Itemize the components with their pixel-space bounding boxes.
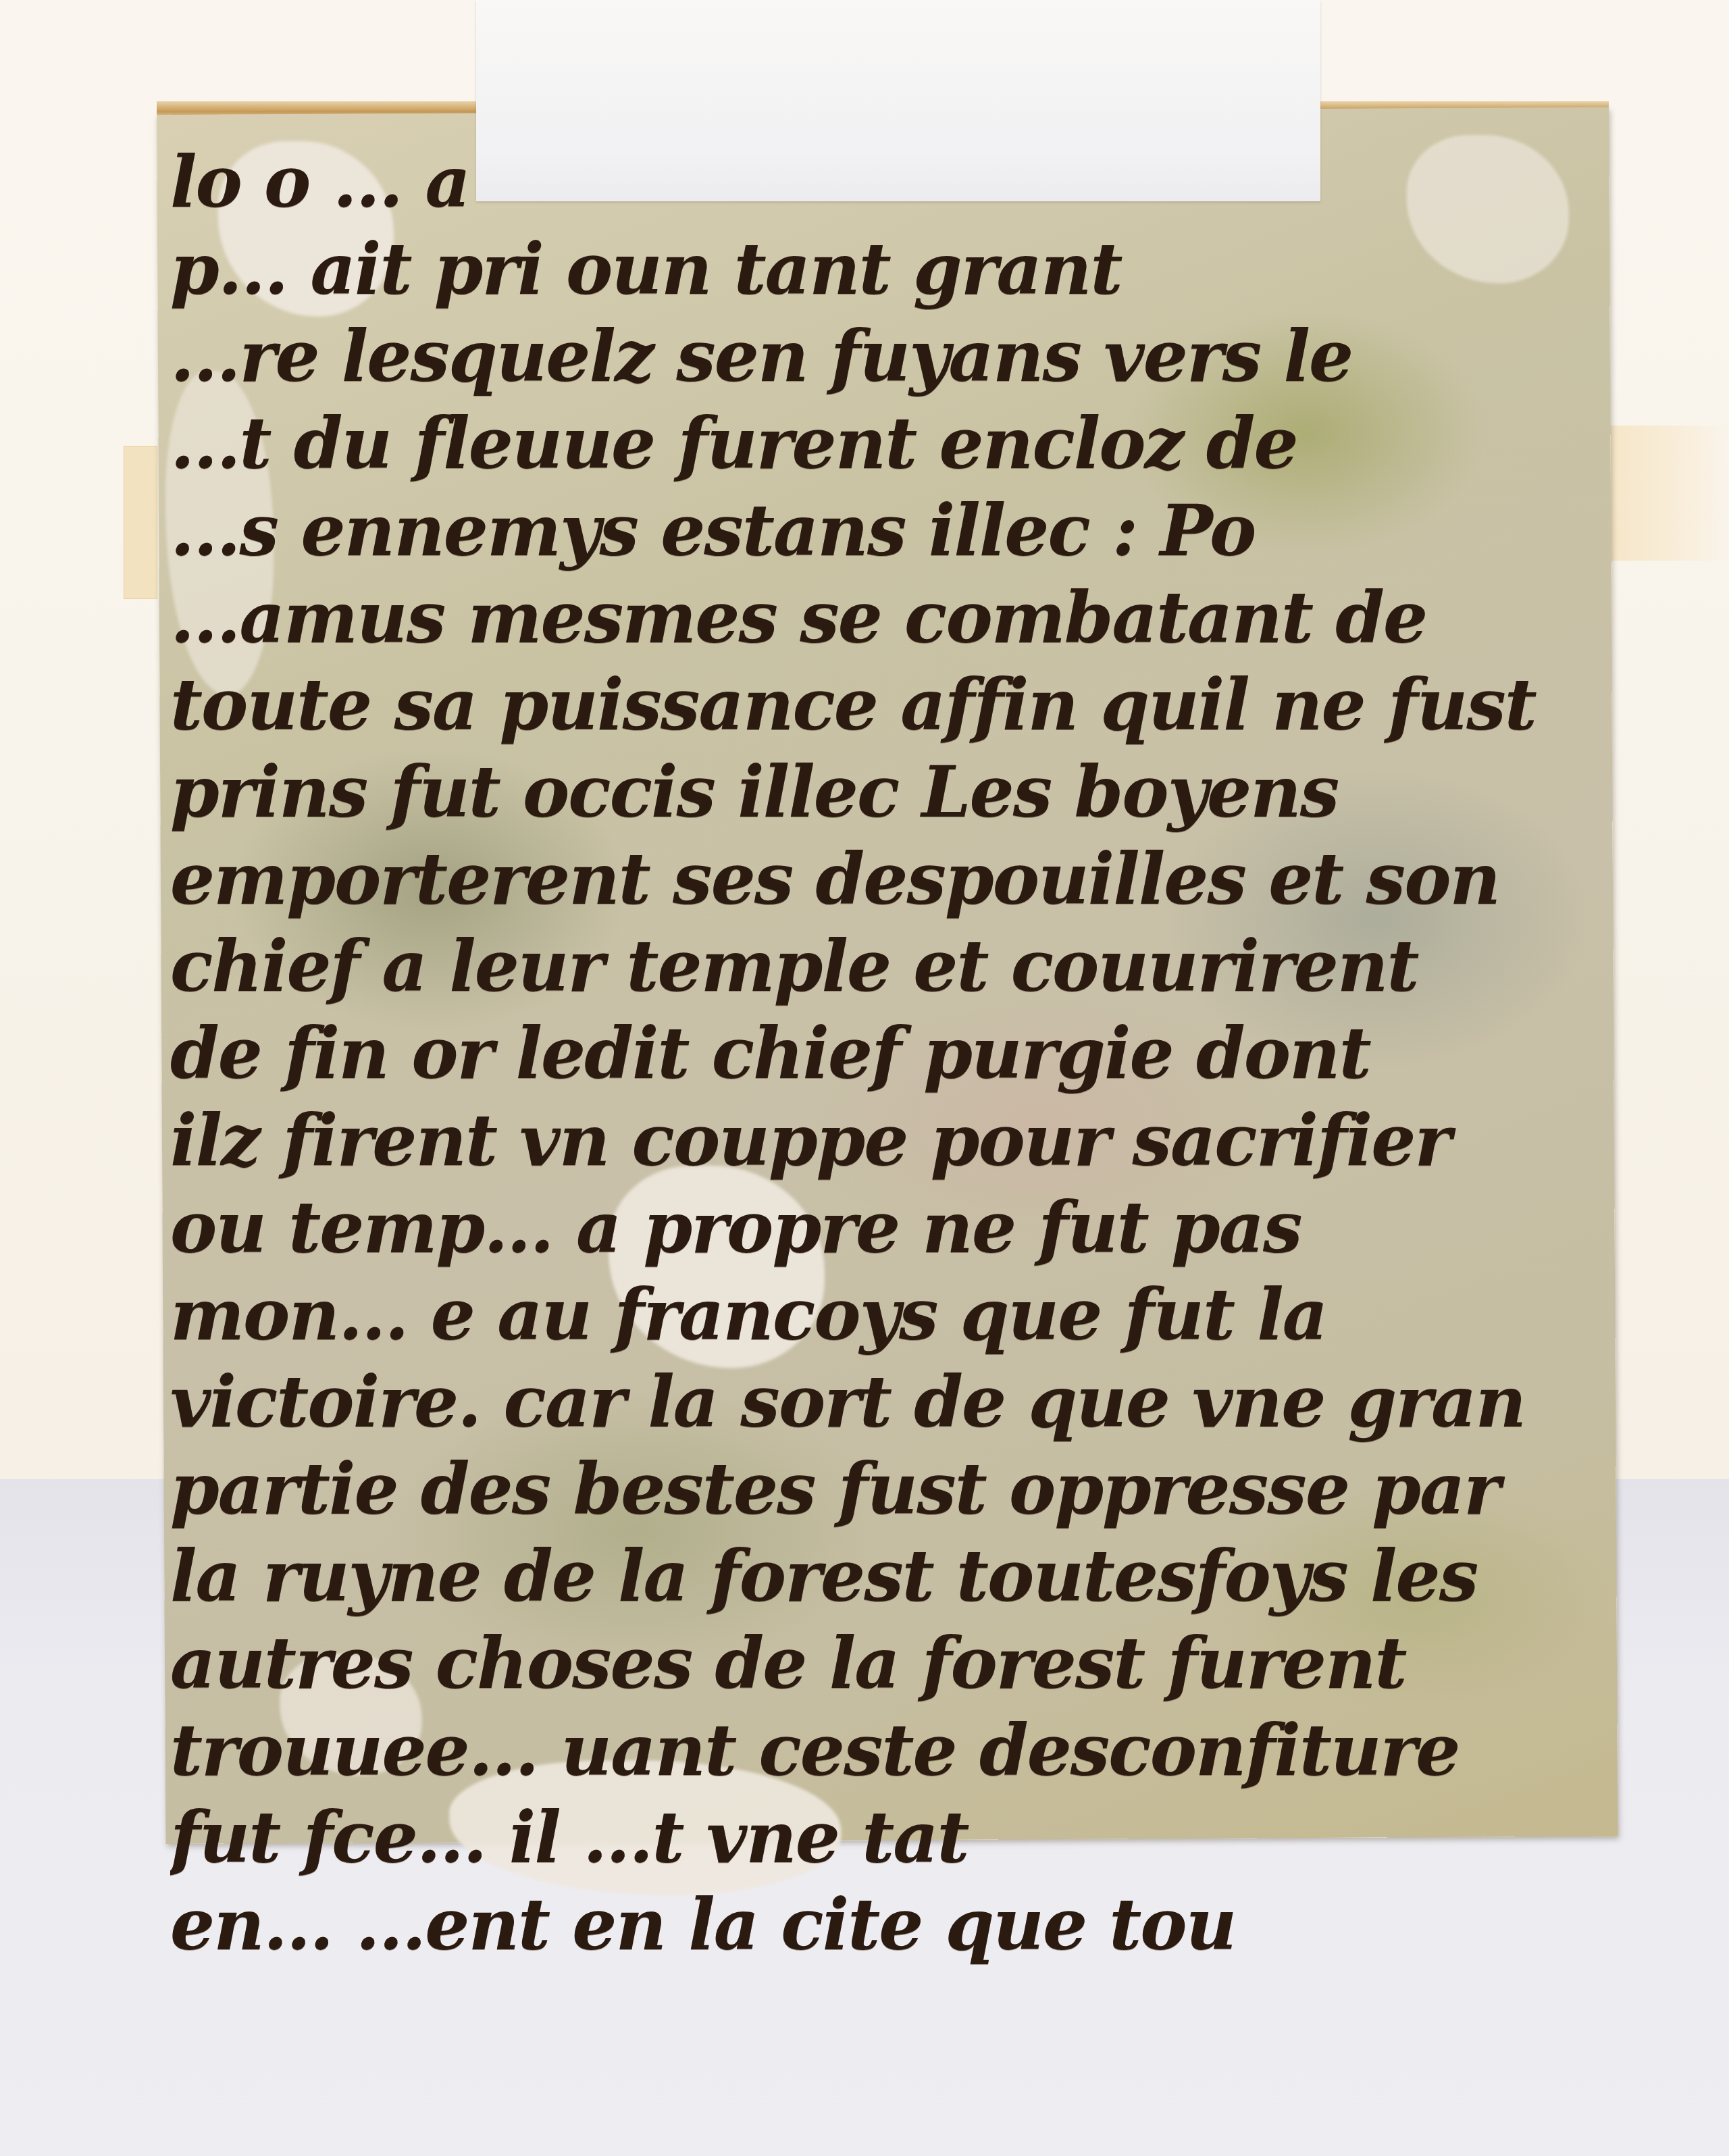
text-line: ...re lesquelz sen fuyans vers le <box>170 313 1602 400</box>
covering-label-paper <box>476 0 1320 201</box>
text-line: ...s ennemys estans illec : Po <box>170 487 1602 574</box>
text-line: victoire. car la sort de que vne gran <box>170 1358 1602 1445</box>
text-line: la ruyne de la forest toutesfoys les <box>170 1533 1602 1620</box>
text-line: mon... e au francoys que fut la <box>170 1271 1602 1358</box>
text-line: ou temp... a propre ne fut pas <box>170 1184 1602 1271</box>
text-line: trouuee... uant ceste desconfiture <box>170 1707 1602 1794</box>
text-line: emporterent ses despouilles et son <box>170 836 1602 923</box>
paper-hinge-right <box>1607 426 1729 561</box>
text-line: prins fut occis illec Les boyens <box>170 748 1602 836</box>
text-line: chief a leur temple et couurirent <box>170 923 1602 1010</box>
text-line: p... ait pri oun tant grant <box>170 226 1602 313</box>
text-line: partie des bestes fust oppresse par <box>170 1445 1602 1533</box>
text-line: en... ...ent en la cite que tou <box>170 1881 1602 1968</box>
text-line: de fin or ledit chief purgie dont <box>170 1010 1602 1097</box>
text-line: autres choses de la forest furent <box>170 1620 1602 1707</box>
text-line: ...amus mesmes se combatant de <box>170 574 1602 661</box>
manuscript-text: lo o ... a p... ait pri oun tant grant .… <box>170 138 1602 1968</box>
paper-hinge-left <box>124 446 157 599</box>
text-line: toute sa puissance affin quil ne fust <box>170 661 1602 748</box>
text-line: ...t du fleuue furent encloz de <box>170 400 1602 487</box>
text-line: ilz firent vn couppe pour sacrifier <box>170 1097 1602 1184</box>
text-line: fut fce... il ...t vne tat <box>170 1794 1602 1881</box>
